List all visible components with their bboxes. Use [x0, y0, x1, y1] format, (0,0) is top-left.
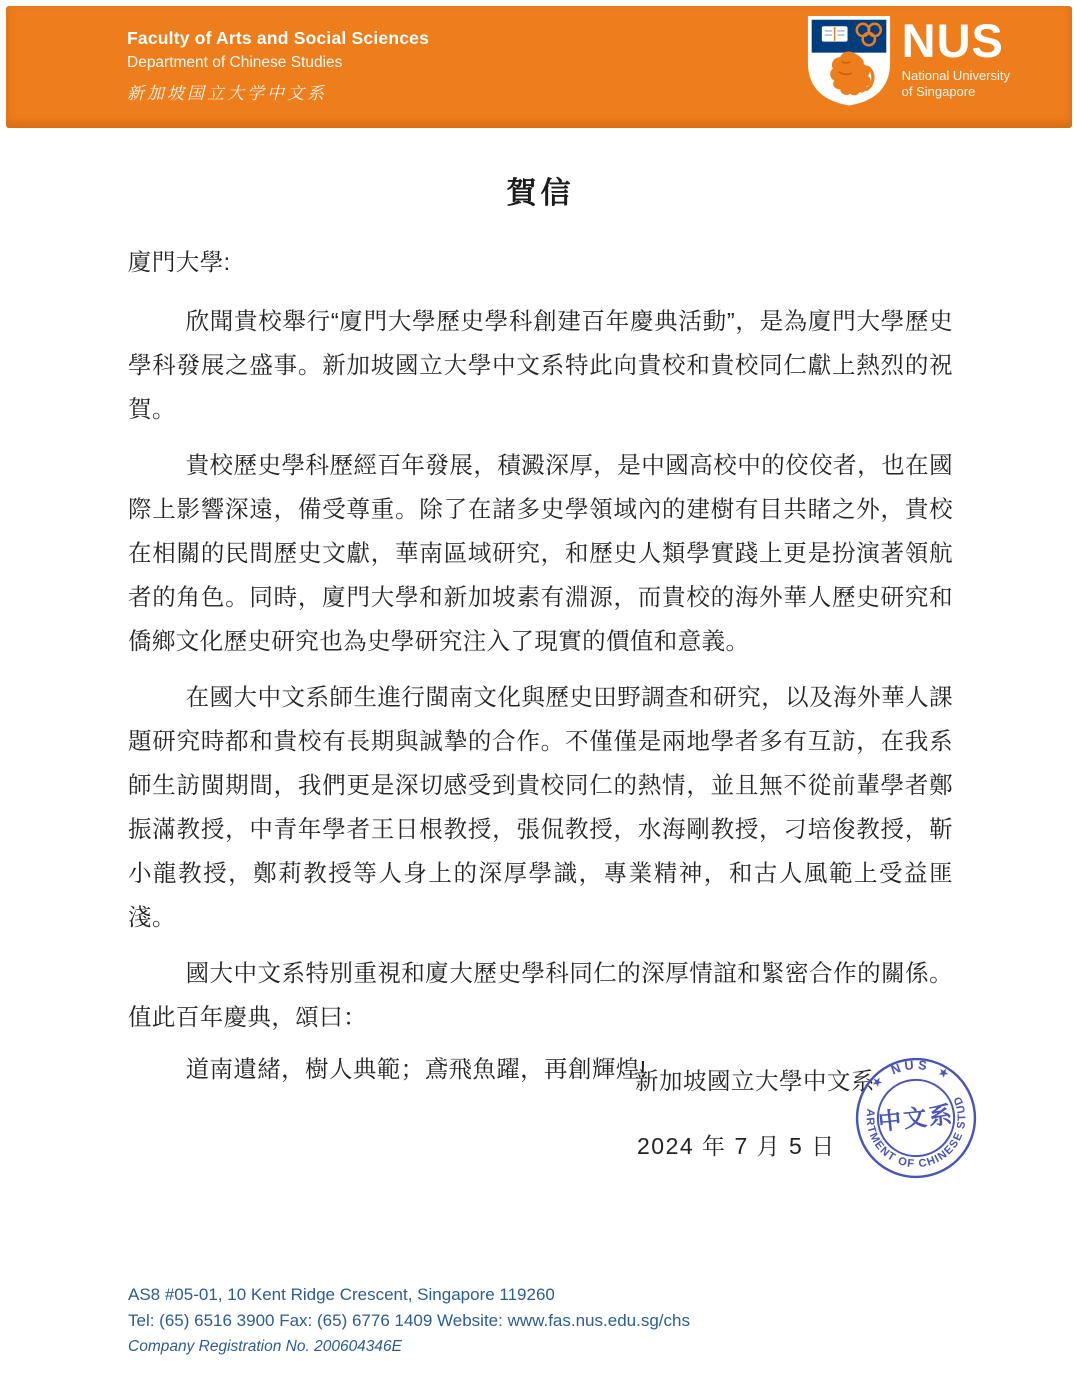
nus-fullname-line2: of Singapore — [902, 84, 976, 99]
letter-body: 賀信 廈門大學: 欣聞貴校舉行“廈門大學歷史學科創建百年慶典活動”，是為廈門大學… — [128, 130, 953, 1091]
paragraph-2: 貴校歷史學科歷經百年發展，積澱深厚，是中國高校中的佼佼者，也在國際上影響深遠，備… — [128, 443, 953, 663]
nus-wordmark: NUS National University of Singapore — [902, 19, 1010, 100]
nus-logo: NUS National University of Singapore — [805, 13, 1010, 107]
nus-fullname: National University of Singapore — [902, 68, 1010, 100]
nus-fullname-line1: National University — [902, 68, 1010, 83]
letterhead: Faculty of Arts and Social Sciences Depa… — [6, 6, 1072, 128]
letterhead-text: Faculty of Arts and Social Sciences Depa… — [127, 28, 429, 104]
book-icon — [821, 26, 847, 41]
footer-address: AS8 #05-01, 10 Kent Ridge Crescent, Sing… — [128, 1282, 690, 1308]
footer-contact: Tel: (65) 6516 3900 Fax: (65) 6776 1409 … — [128, 1308, 690, 1334]
salutation: 廈門大學: — [128, 240, 953, 284]
footer-registration: Company Registration No. 200604346E — [128, 1334, 690, 1359]
department-name-cn: 新加坡国立大学中文系 — [127, 79, 429, 104]
svg-text:★ NUS ★: ★ NUS ★ — [866, 1054, 956, 1092]
department-seal-stamp: ★ NUS ★ DEPARTMENT OF CHINESE STUDIES 中文… — [852, 1054, 980, 1182]
signature: 新加坡國立大學中文系 — [635, 1062, 875, 1096]
footer: AS8 #05-01, 10 Kent Ridge Crescent, Sing… — [128, 1282, 690, 1359]
seal-center-text: 中文系 — [877, 1100, 956, 1136]
letter-page: Faculty of Arts and Social Sciences Depa… — [0, 0, 1080, 1398]
faculty-name: Faculty of Arts and Social Sciences — [127, 28, 429, 49]
nus-crest-icon — [805, 13, 893, 107]
department-name-en: Department of Chinese Studies — [127, 54, 429, 72]
letter-title: 賀信 — [128, 178, 953, 210]
letter-date: 2024 年 7 月 5 日 — [637, 1128, 836, 1161]
paragraph-3: 在國大中文系師生進行閩南文化與歷史田野調查和研究，以及海外華人課題研究時都和貴校… — [128, 675, 953, 939]
paragraph-1: 欣聞貴校舉行“廈門大學歷史學科創建百年慶典活動”，是為廈門大學歷史學科發展之盛事… — [128, 299, 953, 431]
nus-acronym: NUS — [902, 19, 1010, 63]
paragraph-4: 國大中文系特別重視和廈大歷史學科同仁的深厚情誼和緊密合作的關係。值此百年慶典，頌… — [128, 951, 953, 1039]
seal-arc-top-text: ★ NUS ★ — [866, 1054, 956, 1092]
